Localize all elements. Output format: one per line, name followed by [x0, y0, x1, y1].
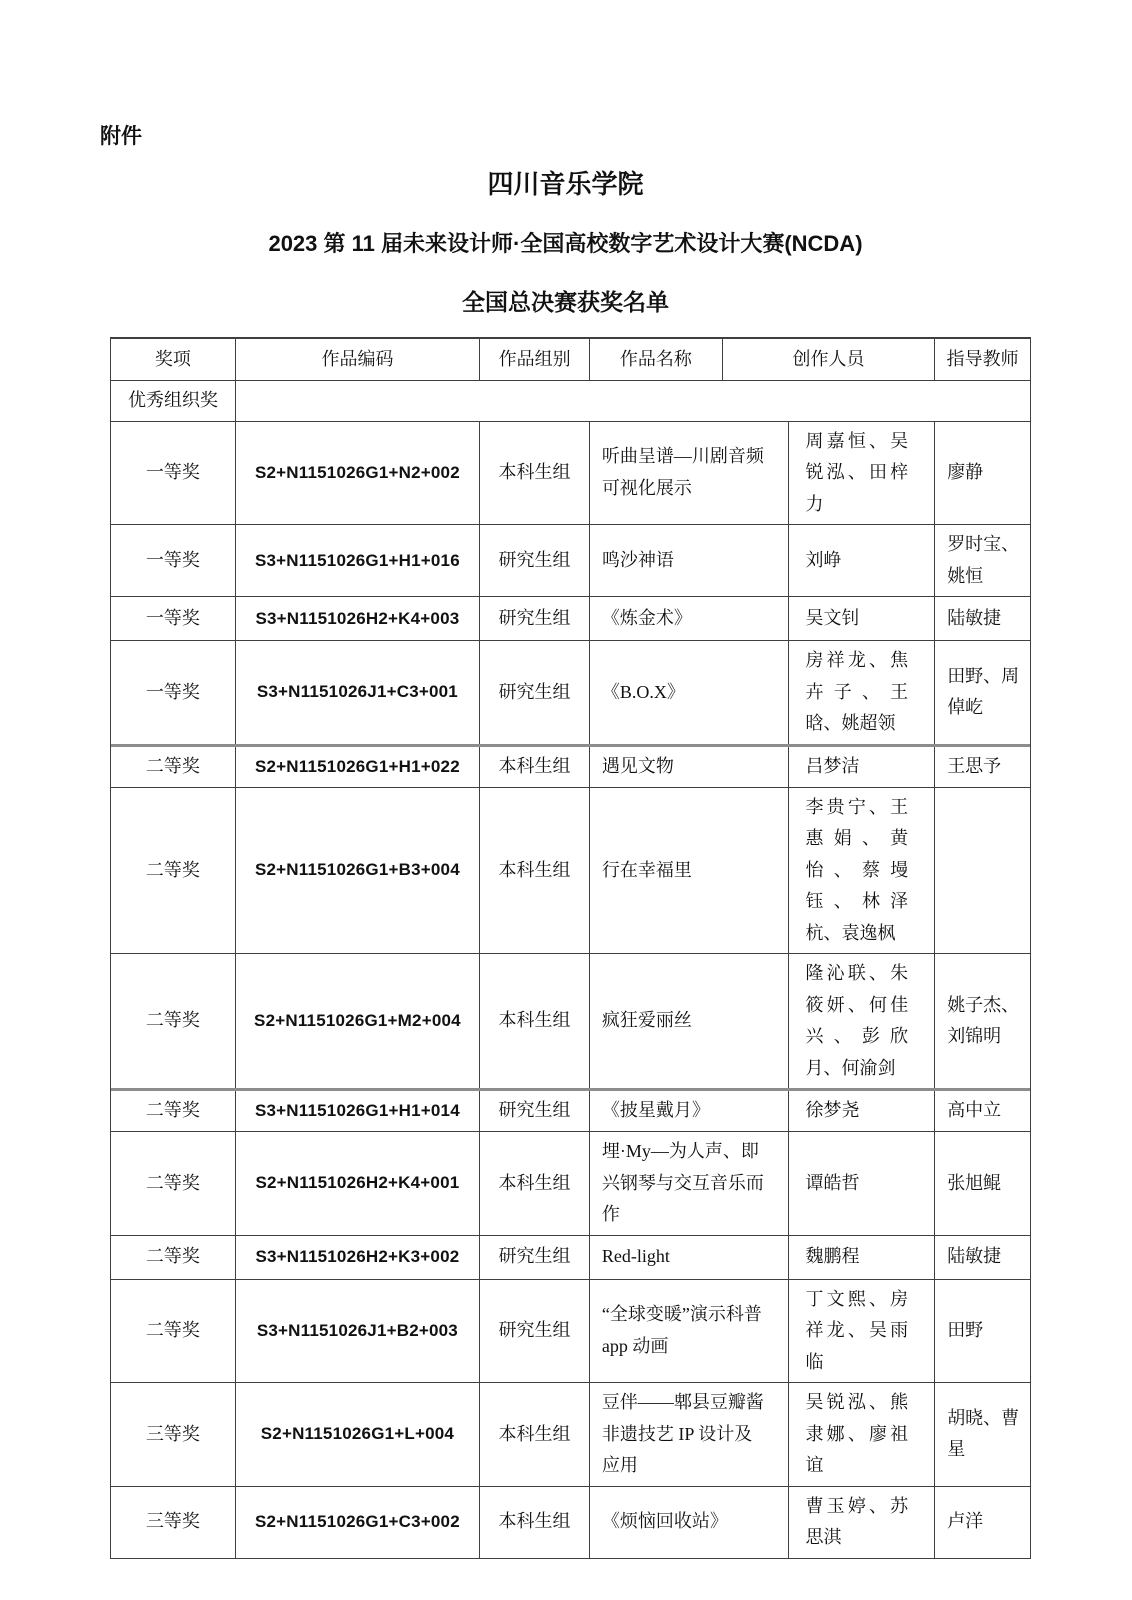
- cell-creators: 吴锐泓、熊隶娜、廖祖谊: [789, 1383, 935, 1486]
- cell-code: S3+N1151026G1+H1+014: [236, 1091, 480, 1131]
- cell-creators: 李贵宁、王惠娟、黄怡、蔡墁钰、林泽杭、袁逸枫: [789, 788, 935, 954]
- header-cell-code: 作品编码: [236, 339, 480, 380]
- awards-table: 奖项 作品编码 作品组别 作品名称 创作人员 指导教师 优秀组织奖 一等奖 S2…: [110, 337, 1031, 1559]
- table-row: 三等奖 S2+N1151026G1+C3+002 本科生组 《烦恼回收站》 曹玉…: [111, 1487, 1030, 1558]
- cell-creators: 徐梦尧: [789, 1091, 935, 1131]
- cell-teacher: 田野、周倬屹: [935, 641, 1030, 744]
- table-row: 二等奖 S3+N1151026J1+B2+003 研究生组 “全球变暖”演示科普…: [111, 1280, 1030, 1384]
- cell-work: 遇见文物: [590, 747, 790, 787]
- cell-creators: 吕梦洁: [789, 747, 935, 787]
- cell-creators: 吴文钊: [789, 597, 935, 640]
- cell-work: 《B.O.X》: [590, 641, 790, 744]
- cell-work: “全球变暖”演示科普 app 动画: [590, 1280, 790, 1383]
- cell-teacher: 王思予: [935, 747, 1030, 787]
- cell-group: 本科生组: [480, 788, 590, 954]
- cell-code: S3+N1151026H2+K3+002: [236, 1236, 480, 1279]
- cell-merged-empty: [236, 381, 1030, 421]
- cell-teacher: 卢洋: [935, 1487, 1030, 1558]
- cell-award: 二等奖: [111, 1091, 236, 1131]
- header-cell-award: 奖项: [111, 339, 236, 380]
- cell-group: 研究生组: [480, 525, 590, 596]
- cell-code: S3+N1151026G1+H1+016: [236, 525, 480, 596]
- cell-award: 一等奖: [111, 597, 236, 640]
- table-row: 二等奖 S2+N1151026G1+H1+022 本科生组 遇见文物 吕梦洁 王…: [111, 744, 1030, 788]
- cell-work: 《烦恼回收站》: [590, 1487, 790, 1558]
- cell-creators: 房祥龙、焦卉子、王晗、姚超领: [789, 641, 935, 744]
- cell-group: 研究生组: [480, 1236, 590, 1279]
- table-row: 一等奖 S3+N1151026J1+C3+001 研究生组 《B.O.X》 房祥…: [111, 641, 1030, 745]
- cell-group: 研究生组: [480, 597, 590, 640]
- cell-group: 本科生组: [480, 954, 590, 1088]
- cell-award: 二等奖: [111, 788, 236, 954]
- list-title: 全国总决赛获奖名单: [100, 284, 1031, 317]
- cell-creators: 丁文熙、房祥龙、吴雨临: [789, 1280, 935, 1383]
- table-row: 一等奖 S3+N1151026H2+K4+003 研究生组 《炼金术》 吴文钊 …: [111, 597, 1030, 641]
- attachment-label: 附件: [100, 120, 1031, 150]
- title-block: 四川音乐学院 2023 第 11 届未来设计师·全国高校数字艺术设计大赛(NCD…: [100, 164, 1031, 317]
- cell-award: 一等奖: [111, 641, 236, 744]
- cell-work: 《披星戴月》: [590, 1091, 790, 1131]
- table-header-row: 奖项 作品编码 作品组别 作品名称 创作人员 指导教师: [111, 339, 1030, 381]
- cell-work: 《炼金术》: [590, 597, 790, 640]
- cell-group: 研究生组: [480, 1280, 590, 1383]
- cell-award: 二等奖: [111, 747, 236, 787]
- cell-award: 二等奖: [111, 1236, 236, 1279]
- cell-award: 二等奖: [111, 1280, 236, 1383]
- cell-teacher: 罗时宝、姚恒: [935, 525, 1030, 596]
- cell-code: S2+N1151026H2+K4+001: [236, 1132, 480, 1235]
- table-body: 优秀组织奖 一等奖 S2+N1151026G1+N2+002 本科生组 听曲呈谱…: [111, 381, 1030, 1558]
- cell-code: S2+N1151026G1+C3+002: [236, 1487, 480, 1558]
- cell-award: 三等奖: [111, 1383, 236, 1486]
- cell-award: 一等奖: [111, 525, 236, 596]
- cell-code: S2+N1151026G1+M2+004: [236, 954, 480, 1088]
- cell-work: 听曲呈谱—川剧音频可视化展示: [590, 422, 790, 525]
- table-row: 二等奖 S3+N1151026G1+H1+014 研究生组 《披星戴月》 徐梦尧…: [111, 1088, 1030, 1132]
- org-award-row: 优秀组织奖: [111, 381, 1030, 422]
- cell-work: Red-light: [590, 1236, 790, 1279]
- cell-work: 行在幸福里: [590, 788, 790, 954]
- cell-creators: 魏鹏程: [789, 1236, 935, 1279]
- cell-code: S2+N1151026G1+B3+004: [236, 788, 480, 954]
- table-row: 二等奖 S2+N1151026G1+M2+004 本科生组 疯狂爱丽丝 隆沁联、…: [111, 954, 1030, 1089]
- cell-award: 三等奖: [111, 1487, 236, 1558]
- cell-group: 本科生组: [480, 1383, 590, 1486]
- table-row: 一等奖 S3+N1151026G1+H1+016 研究生组 鸣沙神语 刘峥 罗时…: [111, 525, 1030, 597]
- table-row: 二等奖 S3+N1151026H2+K3+002 研究生组 Red-light …: [111, 1236, 1030, 1280]
- cell-code: S3+N1151026J1+B2+003: [236, 1280, 480, 1383]
- cell-award: 二等奖: [111, 954, 236, 1088]
- cell-creators: 隆沁联、朱筱妍、何佳兴、彭欣月、何渝剑: [789, 954, 935, 1088]
- cell-teacher: 姚子杰、刘锦明: [935, 954, 1030, 1088]
- cell-teacher: 张旭鲲: [935, 1132, 1030, 1235]
- cell-creators: 曹玉婷、苏思淇: [789, 1487, 935, 1558]
- cell-teacher: 廖静: [935, 422, 1030, 525]
- cell-code: S3+N1151026H2+K4+003: [236, 597, 480, 640]
- cell-creators: 刘峥: [789, 525, 935, 596]
- cell-code: S3+N1151026J1+C3+001: [236, 641, 480, 744]
- cell-work: 豆伴——郫县豆瓣酱非遗技艺 IP 设计及应用: [590, 1383, 790, 1486]
- cell-award: 优秀组织奖: [111, 381, 236, 421]
- cell-teacher: [935, 788, 1030, 954]
- cell-work: 埋·My—为人声、即兴钢琴与交互音乐而作: [590, 1132, 790, 1235]
- cell-code: S2+N1151026G1+H1+022: [236, 747, 480, 787]
- cell-group: 本科生组: [480, 747, 590, 787]
- table-row: 一等奖 S2+N1151026G1+N2+002 本科生组 听曲呈谱—川剧音频可…: [111, 422, 1030, 526]
- org-title: 四川音乐学院: [100, 164, 1031, 201]
- header-cell-group: 作品组别: [480, 339, 590, 380]
- cell-teacher: 高中立: [935, 1091, 1030, 1131]
- header-cell-teacher: 指导教师: [935, 339, 1030, 380]
- event-title: 2023 第 11 届未来设计师·全国高校数字艺术设计大赛(NCDA): [100, 227, 1031, 258]
- cell-code: S2+N1151026G1+N2+002: [236, 422, 480, 525]
- cell-teacher: 陆敏捷: [935, 1236, 1030, 1279]
- cell-teacher: 陆敏捷: [935, 597, 1030, 640]
- cell-teacher: 胡晓、曹星: [935, 1383, 1030, 1486]
- cell-group: 本科生组: [480, 422, 590, 525]
- cell-group: 本科生组: [480, 1487, 590, 1558]
- document-content: 附件 四川音乐学院 2023 第 11 届未来设计师·全国高校数字艺术设计大赛(…: [0, 0, 1132, 1559]
- cell-work: 鸣沙神语: [590, 525, 790, 596]
- cell-group: 研究生组: [480, 641, 590, 744]
- header-cell-work: 作品名称: [590, 339, 723, 380]
- cell-award: 二等奖: [111, 1132, 236, 1235]
- cell-creators: 周嘉恒、吴锐泓、田梓力: [789, 422, 935, 525]
- cell-group: 研究生组: [480, 1091, 590, 1131]
- table-row: 二等奖 S2+N1151026H2+K4+001 本科生组 埋·My—为人声、即…: [111, 1132, 1030, 1236]
- cell-code: S2+N1151026G1+L+004: [236, 1383, 480, 1486]
- cell-award: 一等奖: [111, 422, 236, 525]
- cell-group: 本科生组: [480, 1132, 590, 1235]
- cell-creators: 谭皓哲: [789, 1132, 935, 1235]
- cell-work: 疯狂爱丽丝: [590, 954, 790, 1088]
- header-cell-creators: 创作人员: [723, 339, 936, 380]
- cell-teacher: 田野: [935, 1280, 1030, 1383]
- document-page: 附件 四川音乐学院 2023 第 11 届未来设计师·全国高校数字艺术设计大赛(…: [0, 0, 1132, 1600]
- table-row: 二等奖 S2+N1151026G1+B3+004 本科生组 行在幸福里 李贵宁、…: [111, 788, 1030, 955]
- table-row: 三等奖 S2+N1151026G1+L+004 本科生组 豆伴——郫县豆瓣酱非遗…: [111, 1383, 1030, 1487]
